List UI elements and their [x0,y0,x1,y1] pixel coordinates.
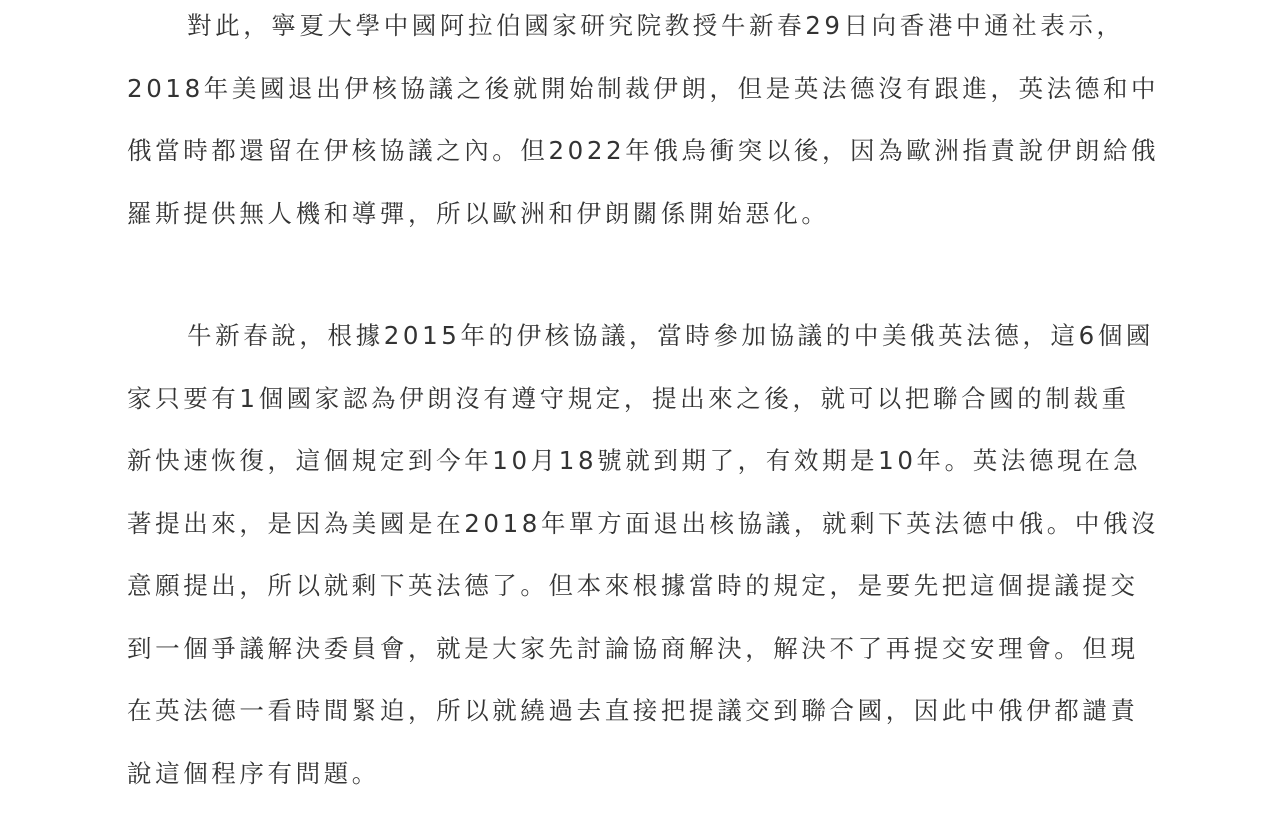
text-line: 到一個爭議解決委員會，就是大家先討論協商解決，解決不了再提交安理會。但現 [127,623,1159,686]
text-line: 說這個程序有問題。 [127,748,1159,811]
paragraph-2: 牛新春說，根據2015年的伊核協議，當時參加協議的中美俄英法德，這6個國 家只要… [127,310,1159,810]
text-line: 2018年美國退出伊核協議之後就開始制裁伊朗，但是英法德沒有跟進，英法德和中 [127,63,1159,126]
text-line: 新快速恢復，這個規定到今年10月18號就到期了，有效期是10年。英法德現在急 [127,435,1159,498]
text-line: 家只要有1個國家認為伊朗沒有遵守規定，提出來之後，就可以把聯合國的制裁重 [127,373,1159,436]
text-line: 對此，寧夏大學中國阿拉伯國家研究院教授牛新春29日向香港中通社表示， [127,0,1159,63]
text-line: 牛新春說，根據2015年的伊核協議，當時參加協議的中美俄英法德，這6個國 [127,310,1159,373]
text-line: 俄當時都還留在伊核協議之內。但2022年俄烏衝突以後，因為歐洲指責說伊朗給俄 [127,125,1159,188]
text-line: 意願提出，所以就剩下英法德了。但本來根據當時的規定，是要先把這個提議提交 [127,560,1159,623]
paragraph-1: 對此，寧夏大學中國阿拉伯國家研究院教授牛新春29日向香港中通社表示， 2018年… [127,0,1159,250]
text-line: 羅斯提供無人機和導彈，所以歐洲和伊朗關係開始惡化。 [127,188,1159,251]
text-line: 在英法德一看時間緊迫，所以就繞過去直接把提議交到聯合國，因此中俄伊都譴責 [127,685,1159,748]
text-line: 著提出來，是因為美國是在2018年單方面退出核協議，就剩下英法德中俄。中俄沒 [127,498,1159,561]
